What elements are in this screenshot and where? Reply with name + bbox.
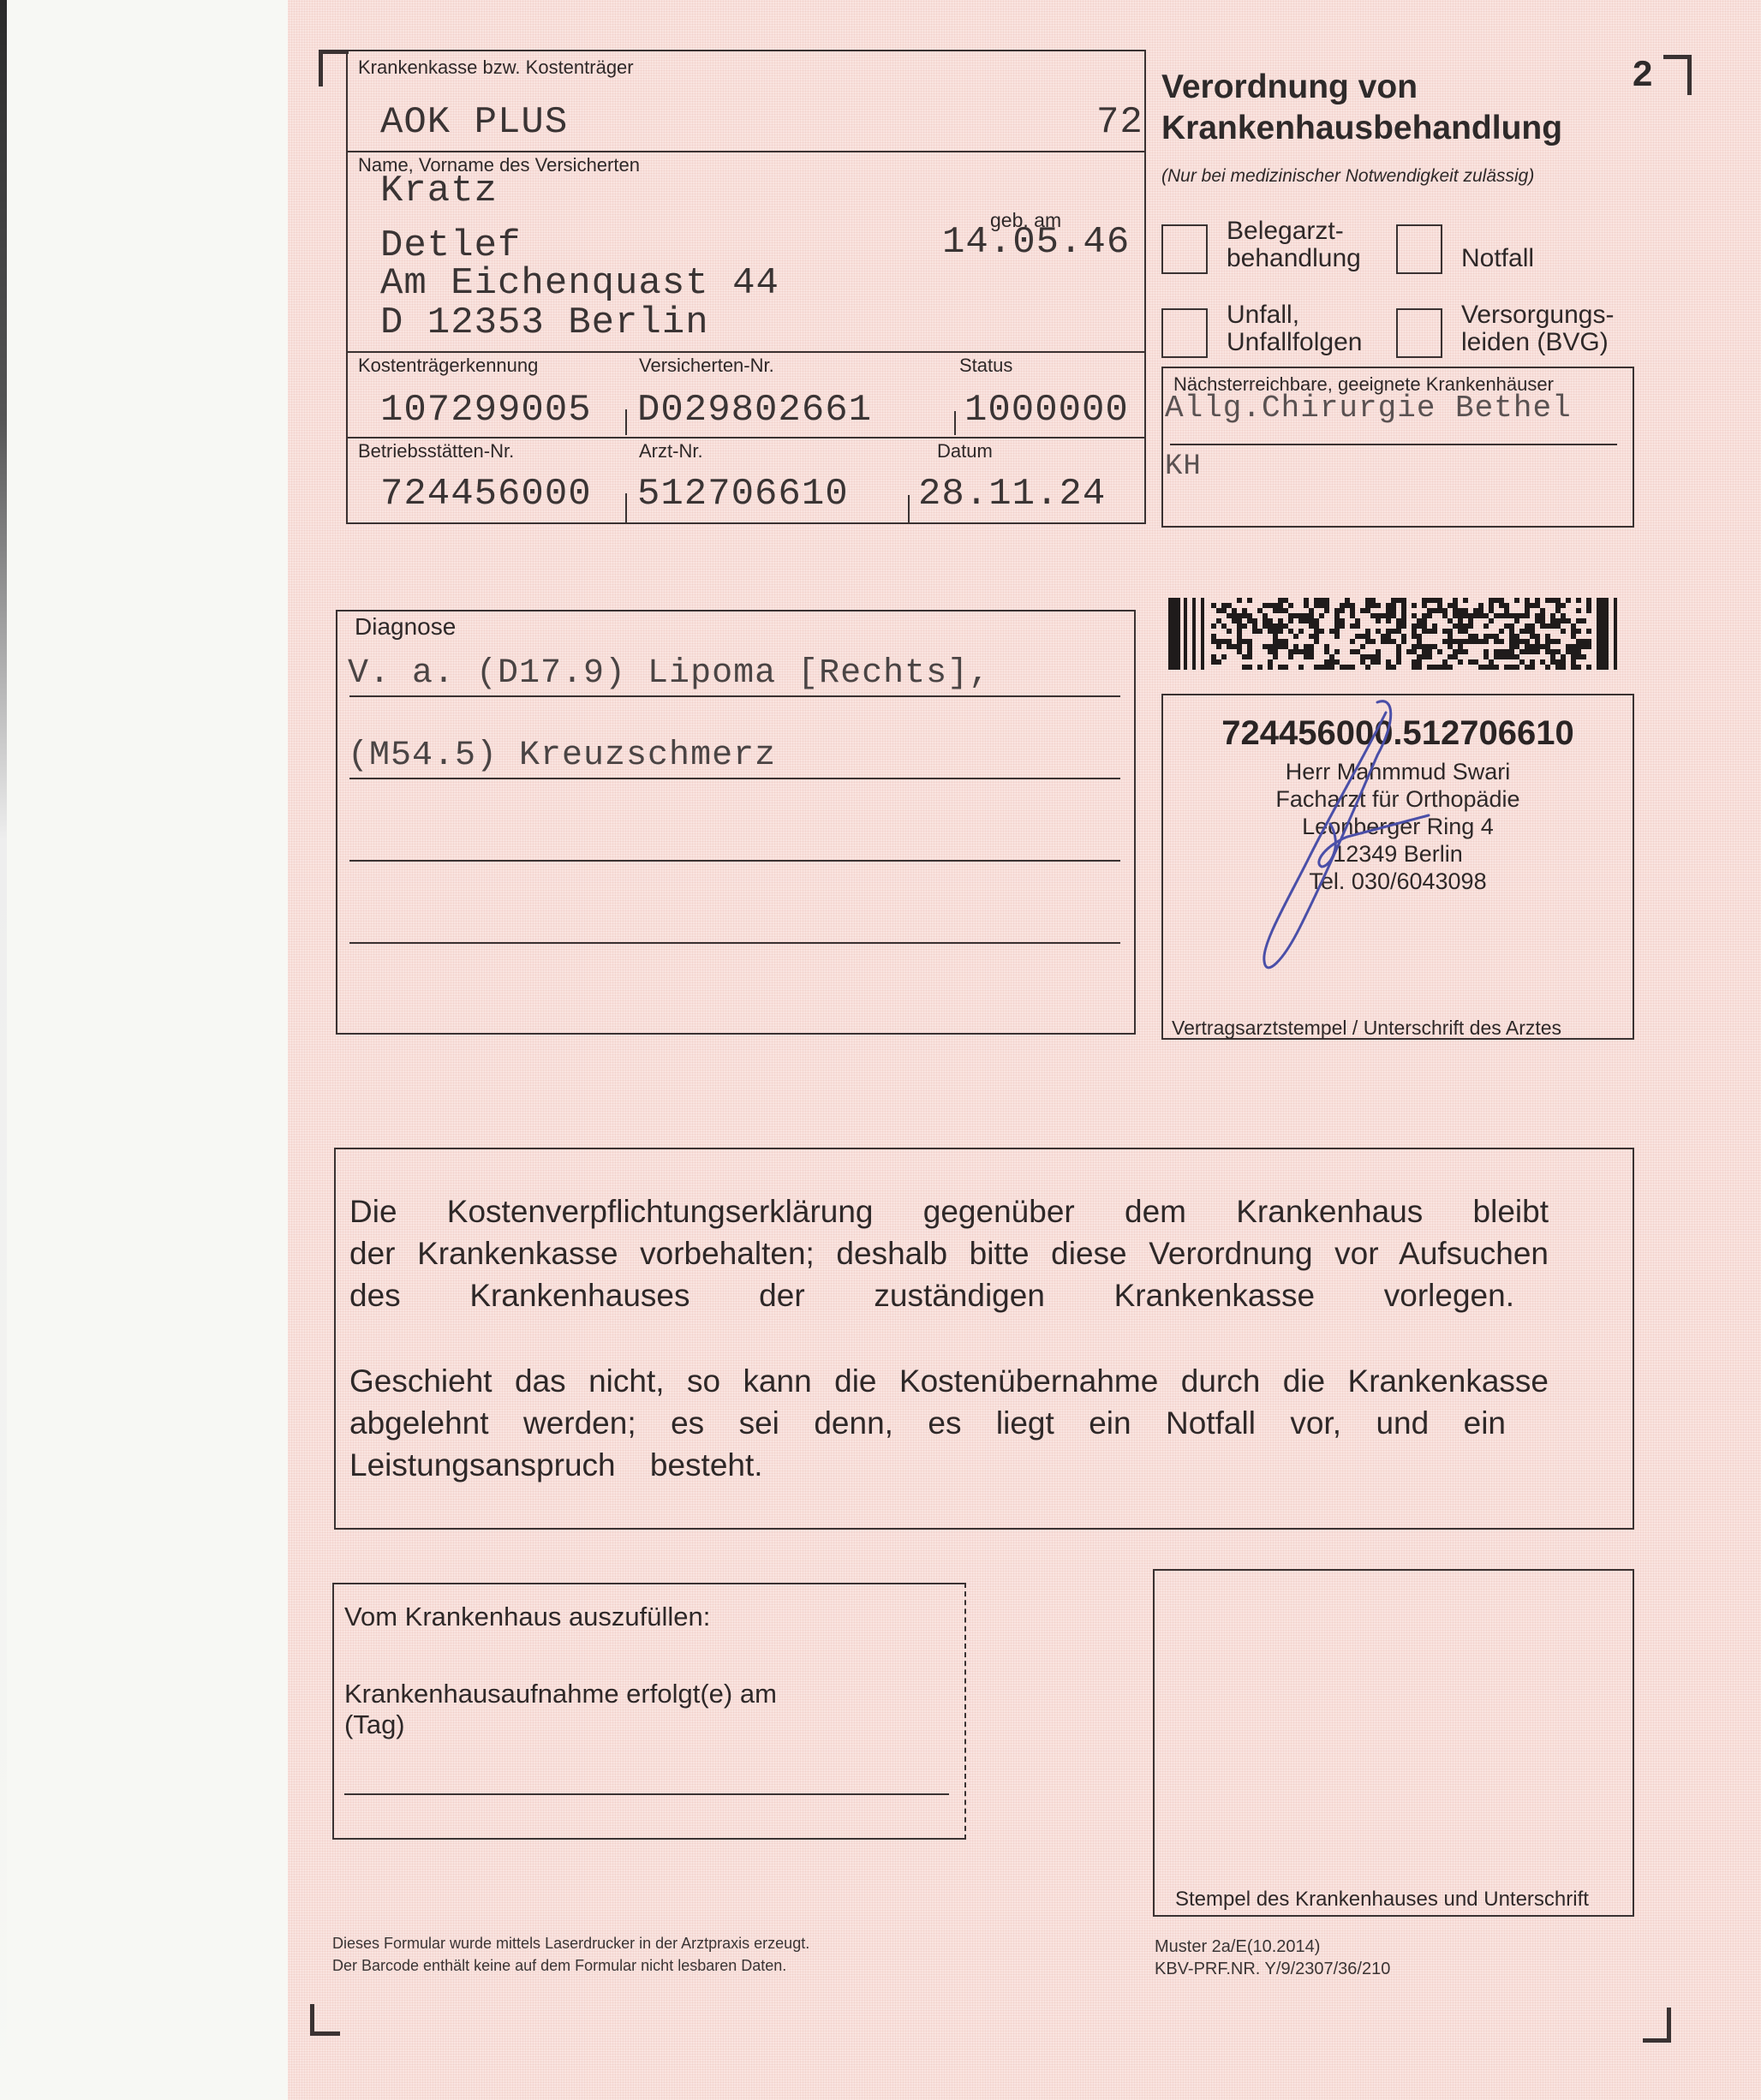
corner-mark-bottom-right xyxy=(1643,2008,1671,2043)
checkbox-unfall[interactable] xyxy=(1161,308,1208,358)
label-line: Notfall xyxy=(1461,245,1534,272)
date-label: Datum xyxy=(937,440,993,462)
street-value[interactable]: Am Eichenquast 44 xyxy=(380,262,779,305)
insured-no-value[interactable]: D029802661 xyxy=(637,389,872,432)
doctor-no-label: Arzt-Nr. xyxy=(639,440,703,462)
notice-line: des Krankenhauses der zuständigen Kranke… xyxy=(349,1274,1514,1316)
diagnosis-rule xyxy=(349,778,1120,779)
hospital-stamp-box[interactable] xyxy=(1153,1569,1634,1917)
checkbox-belegarzt[interactable] xyxy=(1161,224,1208,274)
insurer-code[interactable]: 72 xyxy=(1096,101,1143,144)
corner-mark-top-left xyxy=(319,50,349,87)
label-line: Unfallfolgen xyxy=(1227,329,1362,356)
footer-right: Muster 2a/E(10.2014) KBV-PRF.NR. Y/9/230… xyxy=(1155,1936,1390,1980)
diagnosis-rule xyxy=(349,695,1120,697)
label-line: Versorgungs- xyxy=(1461,301,1614,329)
cost-bearer-id-value[interactable]: 107299005 xyxy=(380,389,592,432)
diagnosis-line-2[interactable]: (M54.5) Kreuzschmerz xyxy=(348,737,776,775)
form-title: Verordnung von Krankenhausbehandlung xyxy=(1161,67,1562,149)
insurer-value[interactable]: AOK PLUS xyxy=(380,101,568,144)
diagnosis-rule xyxy=(349,942,1120,944)
form-title-line2: Krankenhausbehandlung xyxy=(1161,108,1562,149)
nearest-hospitals-line2[interactable]: KH xyxy=(1165,450,1202,483)
status-value[interactable]: 1000000 xyxy=(964,389,1129,432)
field-separator xyxy=(954,411,956,435)
diagnosis-line-1[interactable]: V. a. (D17.9) Lipoma [Rechts], xyxy=(348,654,990,693)
checkbox-notfall-label: Notfall xyxy=(1461,245,1534,272)
hospital-fill-heading: Vom Krankenhaus auszufüllen: xyxy=(344,1602,710,1632)
doctor-stamp-caption: Vertragsarztstempel / Unterschrift des A… xyxy=(1172,1017,1561,1040)
corner-mark-bottom-left xyxy=(310,2004,340,2036)
notice-line: der Krankenkasse vorbehalten; deshalb bi… xyxy=(349,1232,1549,1274)
footer-left: Dieses Formular wurde mittels Laserdruck… xyxy=(332,1932,809,1977)
doctor-stamp-box: 724456000.512706610 Herr Mahmmud Swari F… xyxy=(1161,694,1634,1040)
label-line: Belegarzt- xyxy=(1227,218,1361,245)
cost-bearer-id-label: Kostenträgerkennung xyxy=(358,355,538,377)
notice-paragraph-1: Die Kostenverpflichtungserklärung gegenü… xyxy=(349,1190,1549,1316)
checkbox-versorgungsleiden-label: Versorgungs- leiden (BVG) xyxy=(1461,301,1614,356)
city-value[interactable]: D 12353 Berlin xyxy=(380,301,709,344)
first-name-value[interactable]: Detlef xyxy=(380,224,521,267)
site-no-value[interactable]: 724456000 xyxy=(380,473,592,516)
notice-line: Die Kostenverpflichtungserklärung gegenü… xyxy=(349,1190,1549,1232)
label-line: (Tag) xyxy=(344,1709,777,1740)
form-subtitle: (Nur bei medizinischer Notwendigkeit zul… xyxy=(1161,166,1534,187)
insured-no-label: Versicherten-Nr. xyxy=(639,355,774,377)
corner-mark-top-right xyxy=(1663,55,1692,95)
doctor-no-value[interactable]: 512706610 xyxy=(637,473,849,516)
label-line: Krankenhausaufnahme erfolgt(e) am xyxy=(344,1679,777,1709)
footer-line: Der Barcode enthält keine auf dem Formul… xyxy=(332,1954,809,1977)
checkbox-unfall-label: Unfall, Unfallfolgen xyxy=(1227,301,1362,356)
checkbox-versorgungsleiden[interactable] xyxy=(1396,308,1442,358)
divider xyxy=(346,437,1146,438)
page-number: 2 xyxy=(1633,53,1652,94)
scanner-edge xyxy=(0,0,7,2100)
last-name-value[interactable]: Kratz xyxy=(380,170,498,212)
site-no-label: Betriebsstätten-Nr. xyxy=(358,440,514,462)
prescription-form: Krankenkasse bzw. Kostenträger AOK PLUS … xyxy=(288,0,1761,2100)
hospital-stamp-caption: Stempel des Krankenhauses und Unterschri… xyxy=(1175,1888,1589,1912)
checkbox-notfall[interactable] xyxy=(1396,224,1442,274)
field-separator xyxy=(625,493,627,522)
label-line: behandlung xyxy=(1227,245,1361,272)
diagnosis-rule xyxy=(349,860,1120,862)
field-separator xyxy=(625,409,627,435)
admission-date-field[interactable] xyxy=(344,1756,949,1795)
hospitals-underline xyxy=(1170,444,1617,445)
footer-line: Dieses Formular wurde mittels Laserdruck… xyxy=(332,1932,809,1954)
checkbox-belegarzt-label: Belegarzt- behandlung xyxy=(1227,218,1361,272)
label-line: leiden (BVG) xyxy=(1461,329,1614,356)
kbv-number: KBV-PRF.NR. Y/9/2307/36/210 xyxy=(1155,1958,1390,1980)
date-value[interactable]: 28.11.24 xyxy=(918,473,1106,516)
datamatrix-barcode xyxy=(1168,598,1622,670)
diagnosis-label: Diagnose xyxy=(355,613,456,641)
form-version: Muster 2a/E(10.2014) xyxy=(1155,1936,1390,1958)
form-title-line1: Verordnung von xyxy=(1161,67,1562,108)
label-line: Unfall, xyxy=(1227,301,1362,329)
notice-line: abgelehnt werden; es sei denn, es liegt … xyxy=(349,1402,1506,1444)
notice-line: Leistungsanspruch besteht. xyxy=(349,1444,1549,1486)
dob-value[interactable]: 14.05.46 xyxy=(942,221,1130,264)
divider xyxy=(346,351,1146,353)
insurer-label: Krankenkasse bzw. Kostenträger xyxy=(358,57,634,79)
field-separator xyxy=(908,495,910,522)
notice-paragraph-2: Geschieht das nicht, so kann die Kostenü… xyxy=(349,1360,1549,1486)
admission-date-label: Krankenhausaufnahme erfolgt(e) am (Tag) xyxy=(344,1679,777,1740)
notice-line: Geschieht das nicht, so kann die Kostenü… xyxy=(349,1360,1549,1402)
nearest-hospitals-line1[interactable]: Allg.Chirurgie Bethel xyxy=(1165,391,1572,426)
status-label: Status xyxy=(959,355,1012,377)
doctor-signature xyxy=(1249,695,1437,987)
divider xyxy=(346,151,1146,152)
